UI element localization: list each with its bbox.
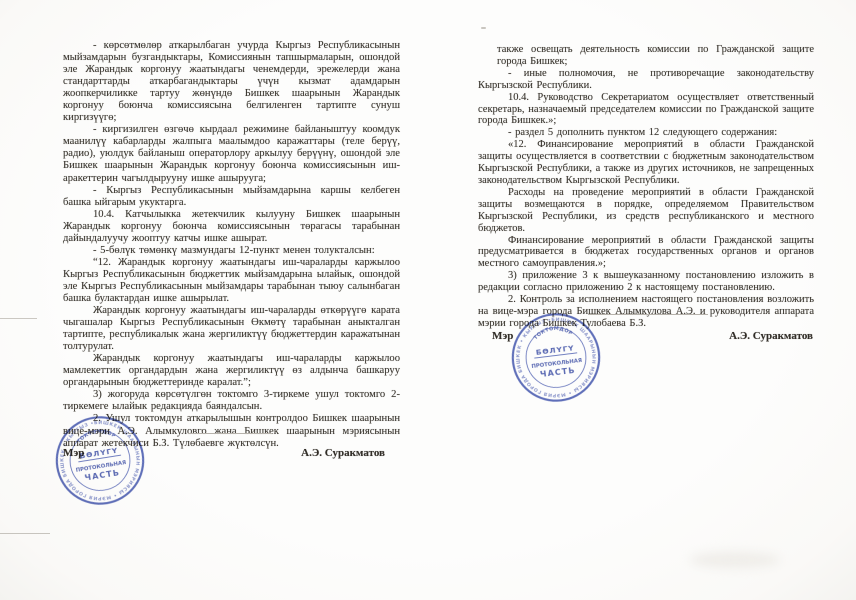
scan-dust-speck	[481, 27, 486, 29]
page-right: также освещать деятельность комиссии по …	[478, 44, 814, 330]
stamp-icon: БИШКЕК ШААРЫНЫН МЭРИЯСЫ • МЭРИЯ ГОРОДА Б…	[37, 406, 162, 515]
svg-text:БИШКЕК ШААРЫНЫН МЭРИЯСЫ • МЭРИ: БИШКЕК ШААРЫНЫН МЭРИЯСЫ • МЭРИЯ ГОРОДА Б…	[511, 312, 602, 402]
paragraph: “12. Жарандык коргонуу жаатындагы иш-чар…	[63, 257, 400, 305]
signature-name: А.Э. Суракматов	[301, 447, 385, 459]
paragraph: Жарандык коргонуу жаатындагы иш-чаралард…	[63, 305, 400, 353]
paragraph: 3) приложение 3 к вышеуказанному постано…	[478, 270, 814, 294]
official-stamp: БИШКЕК ШААРЫНЫН МЭРИЯСЫ • МЭРИЯ ГОРОДА Б…	[37, 406, 162, 515]
paragraph: Жарандык коргонуу жаатындагы иш-чаралард…	[63, 353, 400, 389]
paragraph: - киргизилген өзгөчө кырдаал режимине ба…	[63, 124, 400, 184]
signature-line	[188, 433, 272, 434]
paragraph: - раздел 5 дополнить пунктом 12 следующе…	[478, 127, 814, 139]
paragraph: - иные полномочия, не противоречащие зак…	[478, 68, 814, 92]
signature-name: А.Э. Суракматов	[729, 330, 813, 342]
scan-smudge	[690, 552, 780, 568]
paragraph: Расходы на проведение мероприятий в обла…	[478, 187, 814, 235]
stamp-line2: БӨЛҮГҮ	[535, 343, 575, 357]
stamp-icon: БИШКЕК ШААРЫНЫН МЭРИЯСЫ • МЭРИЯ ГОРОДА Б…	[495, 305, 617, 411]
svg-text:БИШКЕК ШААРЫНЫН МЭРИЯСЫ • МЭРИ: БИШКЕК ШААРЫНЫН МЭРИЯСЫ • МЭРИЯ ГОРОДА Б…	[54, 414, 147, 507]
official-stamp: БИШКЕК ШААРЫНЫН МЭРИЯСЫ • МЭРИЯ ГОРОДА Б…	[495, 305, 617, 411]
paragraph: «12. Финансирование мероприятий в област…	[478, 139, 814, 187]
paragraph: 10.4. Руководство Секретариатом осуществ…	[478, 92, 814, 128]
scan-artifact-line	[0, 318, 37, 319]
paragraph: также освещать деятельность комиссии по …	[478, 44, 814, 68]
paragraph: - Кыргыз Республикасынын мыйзамдарына ка…	[63, 185, 400, 209]
paragraph: Финансирование мероприятий в области Гра…	[478, 235, 814, 271]
scan-artifact-line	[0, 533, 50, 534]
paragraph: 10.4. Катчылыкка жетекчилик кылууну Бишк…	[63, 209, 400, 245]
paragraph: 3) жогоруда көрсөтүлгөн токтомго 3-тирке…	[63, 389, 400, 413]
page-left: - көрсөтмөлөр аткарылбаган учурда Кыргыз…	[63, 40, 400, 450]
stamp-ring-text: БИШКЕК ШААРЫНЫН МЭРИЯСЫ • МЭРИЯ ГОРОДА Б…	[511, 312, 602, 402]
paragraph: - көрсөтмөлөр аткарылбаган учурда Кыргыз…	[63, 40, 400, 124]
scanned-paper-background: - көрсөтмөлөр аткарылбаган учурда Кыргыз…	[0, 0, 856, 600]
paragraph: - 5-бөлүк төмөнкү мазмундагы 12-пункт ме…	[63, 245, 400, 257]
stamp-ring-text: БИШКЕК ШААРЫНЫН МЭРИЯСЫ • МЭРИЯ ГОРОДА Б…	[54, 414, 147, 507]
